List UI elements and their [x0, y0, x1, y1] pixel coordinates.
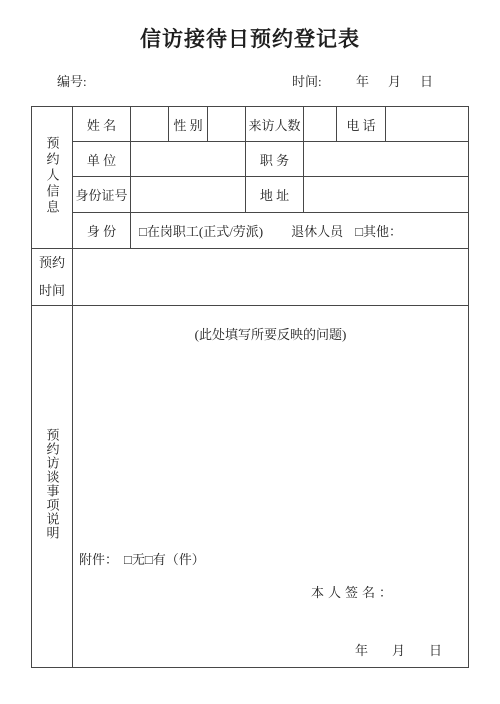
visitor-count-input-cell[interactable] — [304, 107, 337, 142]
page-title: 信访接待日预约登记表 — [0, 23, 500, 53]
applicant-info-vertical-text: 预约人信息 — [46, 136, 59, 216]
appointment-time-input-cell[interactable] — [73, 249, 469, 306]
month-label: 月 — [392, 640, 405, 659]
id-number-label: 身份证号 — [73, 177, 131, 213]
identity-options-cell: □在岗职工(正式/劳派)退休人员□其他： — [131, 213, 469, 249]
attachment-label: 附件： — [79, 552, 118, 567]
problem-hint: (此处填写所要反映的问题) — [73, 324, 468, 343]
serial-number-label: 编号: — [57, 71, 87, 90]
attachment-line: 附件：□无□有（件） — [79, 549, 205, 568]
checkbox-attachment-none[interactable]: □ — [124, 552, 132, 567]
unit-label: 单 位 — [73, 142, 131, 177]
gender-input-cell[interactable] — [208, 107, 246, 142]
name-label: 姓 名 — [73, 107, 131, 142]
address-input-cell[interactable] — [304, 177, 469, 213]
appointment-time-label: 预约 时间 — [32, 249, 73, 306]
checkbox-attachment-has[interactable]: □ — [145, 552, 153, 567]
registration-form-page: 信访接待日预约登记表 编号: 时间: 年 月 日 预约人信息 姓 名 性 别 来… — [0, 0, 500, 704]
phone-input-cell[interactable] — [386, 107, 469, 142]
meta-row: 编号: 时间: 年 月 日 — [0, 71, 500, 89]
identity-label: 身 份 — [73, 213, 131, 249]
matter-date-line: 年 月 日 — [355, 640, 442, 659]
retired-label: 退休人员 — [291, 224, 343, 239]
phone-label: 电 话 — [337, 107, 386, 142]
checkbox-other[interactable]: □ — [355, 224, 363, 239]
name-input-cell[interactable] — [131, 107, 169, 142]
other-label: 其他： — [363, 224, 402, 239]
id-number-input-cell[interactable] — [131, 177, 246, 213]
year-label: 年 — [356, 71, 369, 90]
day-label: 日 — [429, 640, 442, 659]
visitor-count-label: 来访人数 — [246, 107, 304, 142]
gender-label: 性 别 — [169, 107, 208, 142]
active-employee-label: 在岗职工(正式/劳派) — [147, 224, 263, 239]
attachment-none-label: 无 — [132, 552, 145, 567]
unit-input-cell[interactable] — [131, 142, 246, 177]
matter-description-vertical-text: 预约访谈事项说明 — [46, 428, 59, 540]
day-label: 日 — [420, 71, 433, 90]
registration-table: 预约人信息 姓 名 性 别 来访人数 电 话 单 位 职 务 身份证号 地 址 — [31, 106, 469, 668]
signature-label: 本人签名： — [311, 582, 396, 601]
year-label: 年 — [355, 640, 368, 659]
checkbox-active-employee[interactable]: □ — [139, 224, 147, 239]
position-input-cell[interactable] — [304, 142, 469, 177]
attachment-has-label: 有（件） — [153, 552, 205, 567]
matter-content-cell[interactable]: (此处填写所要反映的问题) 附件：□无□有（件） 本人签名： 年 月 日 — [73, 305, 469, 667]
position-label: 职 务 — [246, 142, 304, 177]
address-label: 地 址 — [246, 177, 304, 213]
time-label: 时间: — [292, 71, 322, 90]
section-label-matter-description: 预约访谈事项说明 — [32, 305, 73, 667]
section-label-applicant-info: 预约人信息 — [32, 107, 73, 249]
meta-date-line: 年 月 日 — [356, 71, 433, 90]
month-label: 月 — [388, 71, 401, 90]
